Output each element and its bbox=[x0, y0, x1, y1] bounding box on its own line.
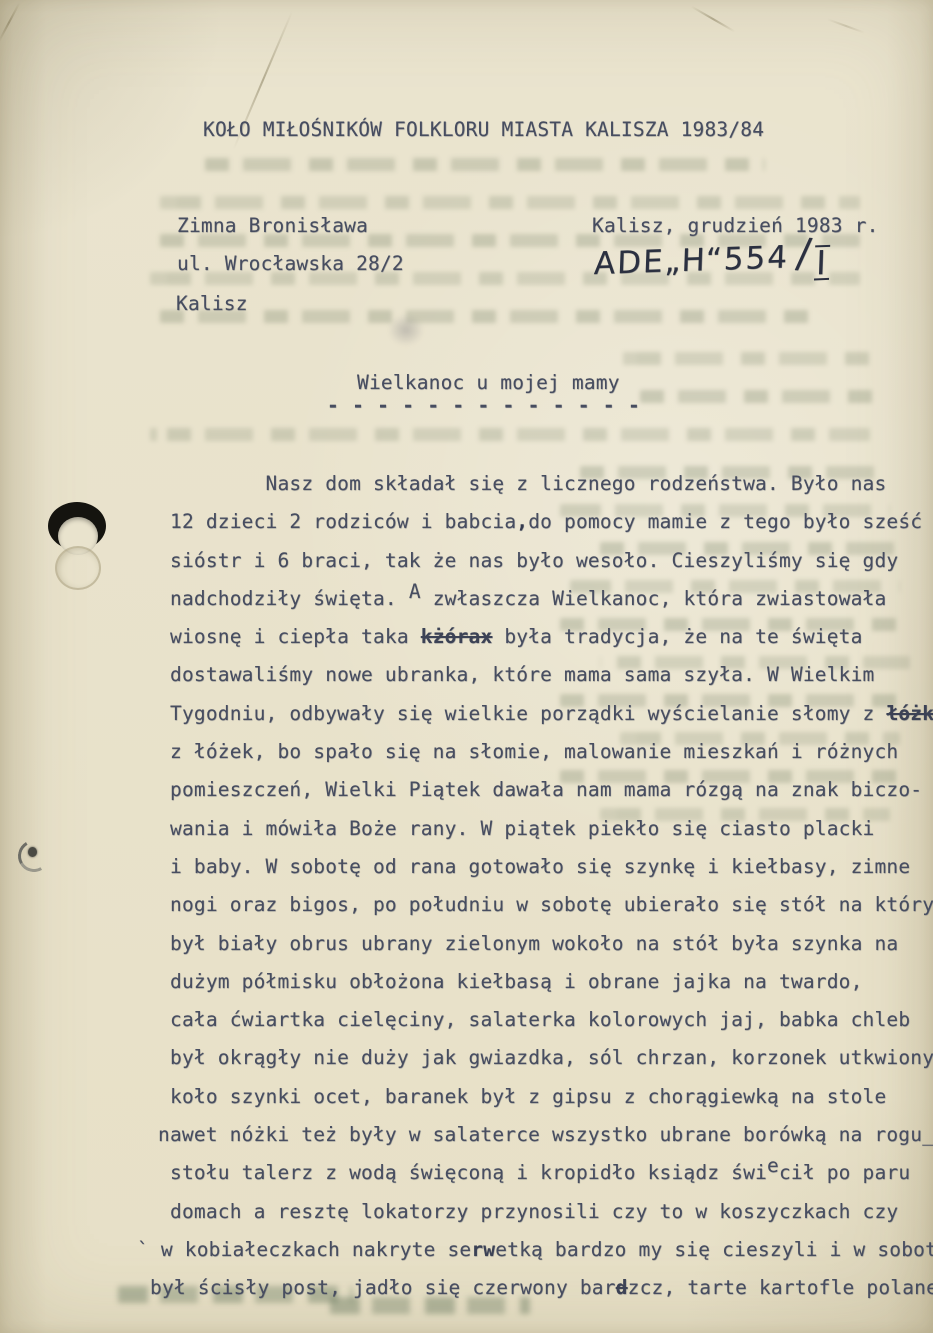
body-segment: Nasz dom składał się z licznego rodzeńst… bbox=[170, 472, 886, 495]
body-segment: był ścisły post, jadło się czerwony bar bbox=[150, 1276, 616, 1299]
body-segment-strike: łóżk bbox=[886, 702, 933, 725]
body-line: Nasz dom składał się z licznego rodzeńst… bbox=[170, 465, 933, 503]
bleed-through-line bbox=[205, 158, 765, 171]
body-line: nadchodziły święta. A zwłaszcza Wielkano… bbox=[170, 580, 933, 618]
body-segment: był okrągły nie duży jak gwiazdka, sól c… bbox=[170, 1046, 933, 1069]
body-line: domach a resztę lokatorzy przynosili czy… bbox=[170, 1193, 933, 1231]
handwritten-archive-number: ADE„H“554/I bbox=[593, 230, 831, 284]
body-line: wiosnę i ciepła taka kżórax była tradycj… bbox=[170, 618, 933, 656]
body-line: koło szynki ocet, baranek był z gipsu z … bbox=[170, 1078, 933, 1116]
document-page: KOŁO MIŁOŚNIKÓW FOLKLORU MIASTA KALISZA … bbox=[0, 0, 933, 1333]
body-segment: zwłaszcza Wielkanoc, która zwiastowała bbox=[421, 587, 887, 610]
body-line: i baby. W sobotę od rana gotowało się sz… bbox=[170, 848, 933, 886]
body-segment: sióstr i 6 braci, tak że nas było wesoło… bbox=[170, 549, 898, 572]
body-segment: była tradycja, że na te święta bbox=[492, 625, 862, 648]
body-text: Nasz dom składał się z licznego rodzeńst… bbox=[170, 465, 933, 1308]
body-segment: zcz, tarte kartofle polane bbox=[628, 1276, 933, 1299]
body-segment: był biały obrus ubrany zielonym wokoło n… bbox=[170, 932, 898, 955]
body-segment: pomieszczeń, Wielki Piątek dawała nam ma… bbox=[170, 778, 922, 801]
body-segment: do pomocy mamie z tego było sześć bbox=[528, 510, 922, 533]
sender-street: ul. Wrocławska 28/2 bbox=[177, 252, 404, 275]
smudge-mark bbox=[388, 314, 424, 346]
sender-city: Kalisz bbox=[176, 292, 248, 315]
body-segment: nadchodziły święta. bbox=[170, 587, 409, 610]
body-line: 12 dzieci 2 rodziców i babcia,do pomocy … bbox=[170, 503, 933, 541]
body-line: wania i mówiła Boże rany. W piątek piekł… bbox=[170, 810, 933, 848]
bleed-through-line bbox=[640, 390, 880, 403]
crease-mark bbox=[0, 2, 20, 43]
punch-ring bbox=[55, 546, 101, 590]
body-segment: _ bbox=[922, 1123, 933, 1146]
body-segment: etką bardzo my się cieszyli i w sobotę bbox=[495, 1238, 933, 1261]
punch-dot bbox=[28, 847, 37, 857]
body-line: Tygodniu, odbywały się wielkie porządki … bbox=[170, 695, 933, 733]
body-segment-sup: A bbox=[409, 580, 421, 603]
body-segment: z łóżek, bo spało się na słomie, malowan… bbox=[170, 740, 898, 763]
body-line: był okrągły nie duży jak gwiazdka, sól c… bbox=[170, 1039, 933, 1077]
body-segment-strike: kżórax bbox=[421, 625, 493, 648]
body-segment: i baby. W sobotę od rana gotowało się sz… bbox=[170, 855, 910, 878]
body-segment: 12 dzieci 2 rodziców i babcia bbox=[170, 510, 516, 533]
body-segment: w kobiałeczkach nakryte se bbox=[161, 1238, 471, 1261]
body-segment: dużym półmisku obłożona kiełbasą i obran… bbox=[170, 970, 863, 993]
crease-mark bbox=[691, 6, 735, 33]
sender-name: Zimna Bronisława bbox=[177, 214, 368, 237]
body-line: cała ćwiartka cielęciny, salaterka kolor… bbox=[170, 1001, 933, 1039]
title-underline: - - - - - - - - - - - - - bbox=[327, 394, 641, 417]
body-segment: wania i mówiła Boże rany. W piątek piekł… bbox=[170, 817, 874, 840]
bleed-through-line bbox=[150, 428, 870, 441]
body-segment: koło szynki ocet, baranek był z gipsu z … bbox=[170, 1085, 886, 1108]
body-line: dostawaliśmy nowe ubranka, które mama sa… bbox=[170, 656, 933, 694]
body-segment: dostawaliśmy nowe ubranka, które mama sa… bbox=[170, 663, 874, 686]
body-line: dużym półmisku obłożona kiełbasą i obran… bbox=[170, 963, 933, 1001]
document-title: Wielkanoc u mojej mamy bbox=[357, 371, 620, 394]
body-segment: Tygodniu, odbywały się wielkie porządki … bbox=[170, 702, 886, 725]
archive-number-roman: I bbox=[814, 245, 831, 281]
archive-number-slash: / bbox=[794, 230, 816, 277]
archive-number-main: ADE„H“554 bbox=[593, 239, 789, 282]
bleed-through-line bbox=[620, 352, 880, 365]
body-line: był biały obrus ubrany zielonym wokoło n… bbox=[170, 925, 933, 963]
body-segment: domach a resztę lokatorzy przynosili czy… bbox=[170, 1200, 898, 1223]
bleed-through-line bbox=[160, 310, 810, 323]
body-segment: nawet nóżki też były w salaterce wszystk… bbox=[158, 1123, 922, 1146]
body-segment: stołu talerz z wodą święconą i kropidło … bbox=[170, 1161, 767, 1184]
body-segment-b: rw bbox=[471, 1238, 495, 1261]
body-segment: nogi oraz bigos, po południu w sobotę ub… bbox=[170, 893, 933, 916]
body-line: nogi oraz bigos, po południu w sobotę ub… bbox=[170, 886, 933, 924]
body-segment-heavy: , bbox=[516, 510, 528, 533]
body-line: stołu talerz z wodą święconą i kropidło … bbox=[170, 1154, 933, 1192]
body-segment: ` bbox=[137, 1238, 161, 1261]
body-line: sióstr i 6 braci, tak że nas było wesoło… bbox=[170, 542, 933, 580]
body-segment-sup: e bbox=[767, 1154, 779, 1177]
body-line: ` w kobiałeczkach nakryte serwetką bardz… bbox=[170, 1231, 933, 1269]
body-line: pomieszczeń, Wielki Piątek dawała nam ma… bbox=[170, 771, 933, 809]
body-line: był ścisły post, jadło się czerwony bard… bbox=[170, 1269, 933, 1307]
body-segment: cił po paru bbox=[779, 1161, 910, 1184]
body-line: z łóżek, bo spało się na słomie, malowan… bbox=[170, 733, 933, 771]
header-title: KOŁO MIŁOŚNIKÓW FOLKLORU MIASTA KALISZA … bbox=[203, 118, 764, 141]
body-segment: cała ćwiartka cielęciny, salaterka kolor… bbox=[170, 1008, 910, 1031]
crease-mark bbox=[827, 18, 865, 34]
body-segment: wiosnę i ciepła taka bbox=[170, 625, 421, 648]
body-segment-strike: d bbox=[616, 1276, 628, 1299]
body-line: nawet nóżki też były w salaterce wszystk… bbox=[170, 1116, 933, 1154]
bleed-through-line bbox=[160, 196, 860, 209]
